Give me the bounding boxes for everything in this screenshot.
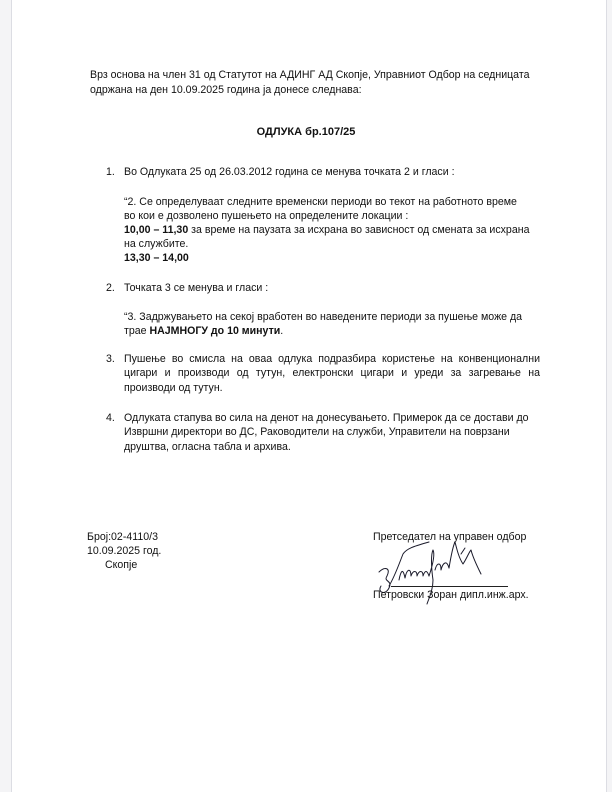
- item-1-period-1: 10,00 – 11,30 за време на паузата за исх…: [124, 223, 529, 237]
- period-1-description: за време на паузата за исхрана во зависн…: [188, 224, 529, 236]
- intro-line-2: одржана на ден 10.09.2025 година ја доне…: [90, 83, 362, 97]
- item-1-number: 1.: [106, 165, 115, 179]
- reference-number: Број:02-4110/3: [87, 530, 158, 544]
- item-2-number: 2.: [106, 281, 115, 295]
- intro-line-1: Врз основа на член 31 од Статутот на АДИ…: [90, 68, 529, 82]
- item-2-quote-prefix: трае: [124, 325, 149, 337]
- item-2-text: Точката 3 се менува и гласи :: [124, 281, 268, 295]
- decision-title: ОДЛУКА бр.107/25: [0, 126, 612, 138]
- item-3-text: Пушење во смисла на оваа одлука подразби…: [124, 352, 540, 395]
- document-city: Скопје: [105, 558, 137, 572]
- signature-line: [391, 586, 508, 587]
- item-2-quote-line-1: “3. Задржувањето на секој вработен во на…: [124, 310, 522, 324]
- item-1-period-1-continuation: на службите.: [124, 237, 188, 251]
- signatory-name: Петровски Зоран дипл.инж.арх.: [373, 588, 529, 602]
- item-2-quote-line-2: трае НАЈМНОГУ до 10 минути.: [124, 324, 283, 338]
- item-3-number: 3.: [106, 352, 115, 366]
- item-4-number: 4.: [106, 411, 115, 425]
- period-1-time: 10,00 – 11,30: [124, 224, 188, 236]
- max-duration: НАЈМНОГУ до 10 минути: [149, 325, 280, 337]
- item-4-text: Одлуката стапува во сила на денот на дон…: [124, 411, 544, 454]
- item-1-period-2: 13,30 – 14,00: [124, 251, 189, 265]
- item-1-quote-line-2: во кои е дозволено пушењето на определен…: [124, 209, 408, 223]
- document-page: [11, 0, 607, 792]
- document-date: 10.09.2025 год.: [87, 544, 161, 558]
- item-2-quote-suffix: .: [280, 325, 283, 337]
- item-1-quote-line-1: “2. Се определуваат следните временски п…: [124, 195, 517, 209]
- item-1-text: Во Одлуката 25 од 26.03.2012 година се м…: [124, 165, 455, 179]
